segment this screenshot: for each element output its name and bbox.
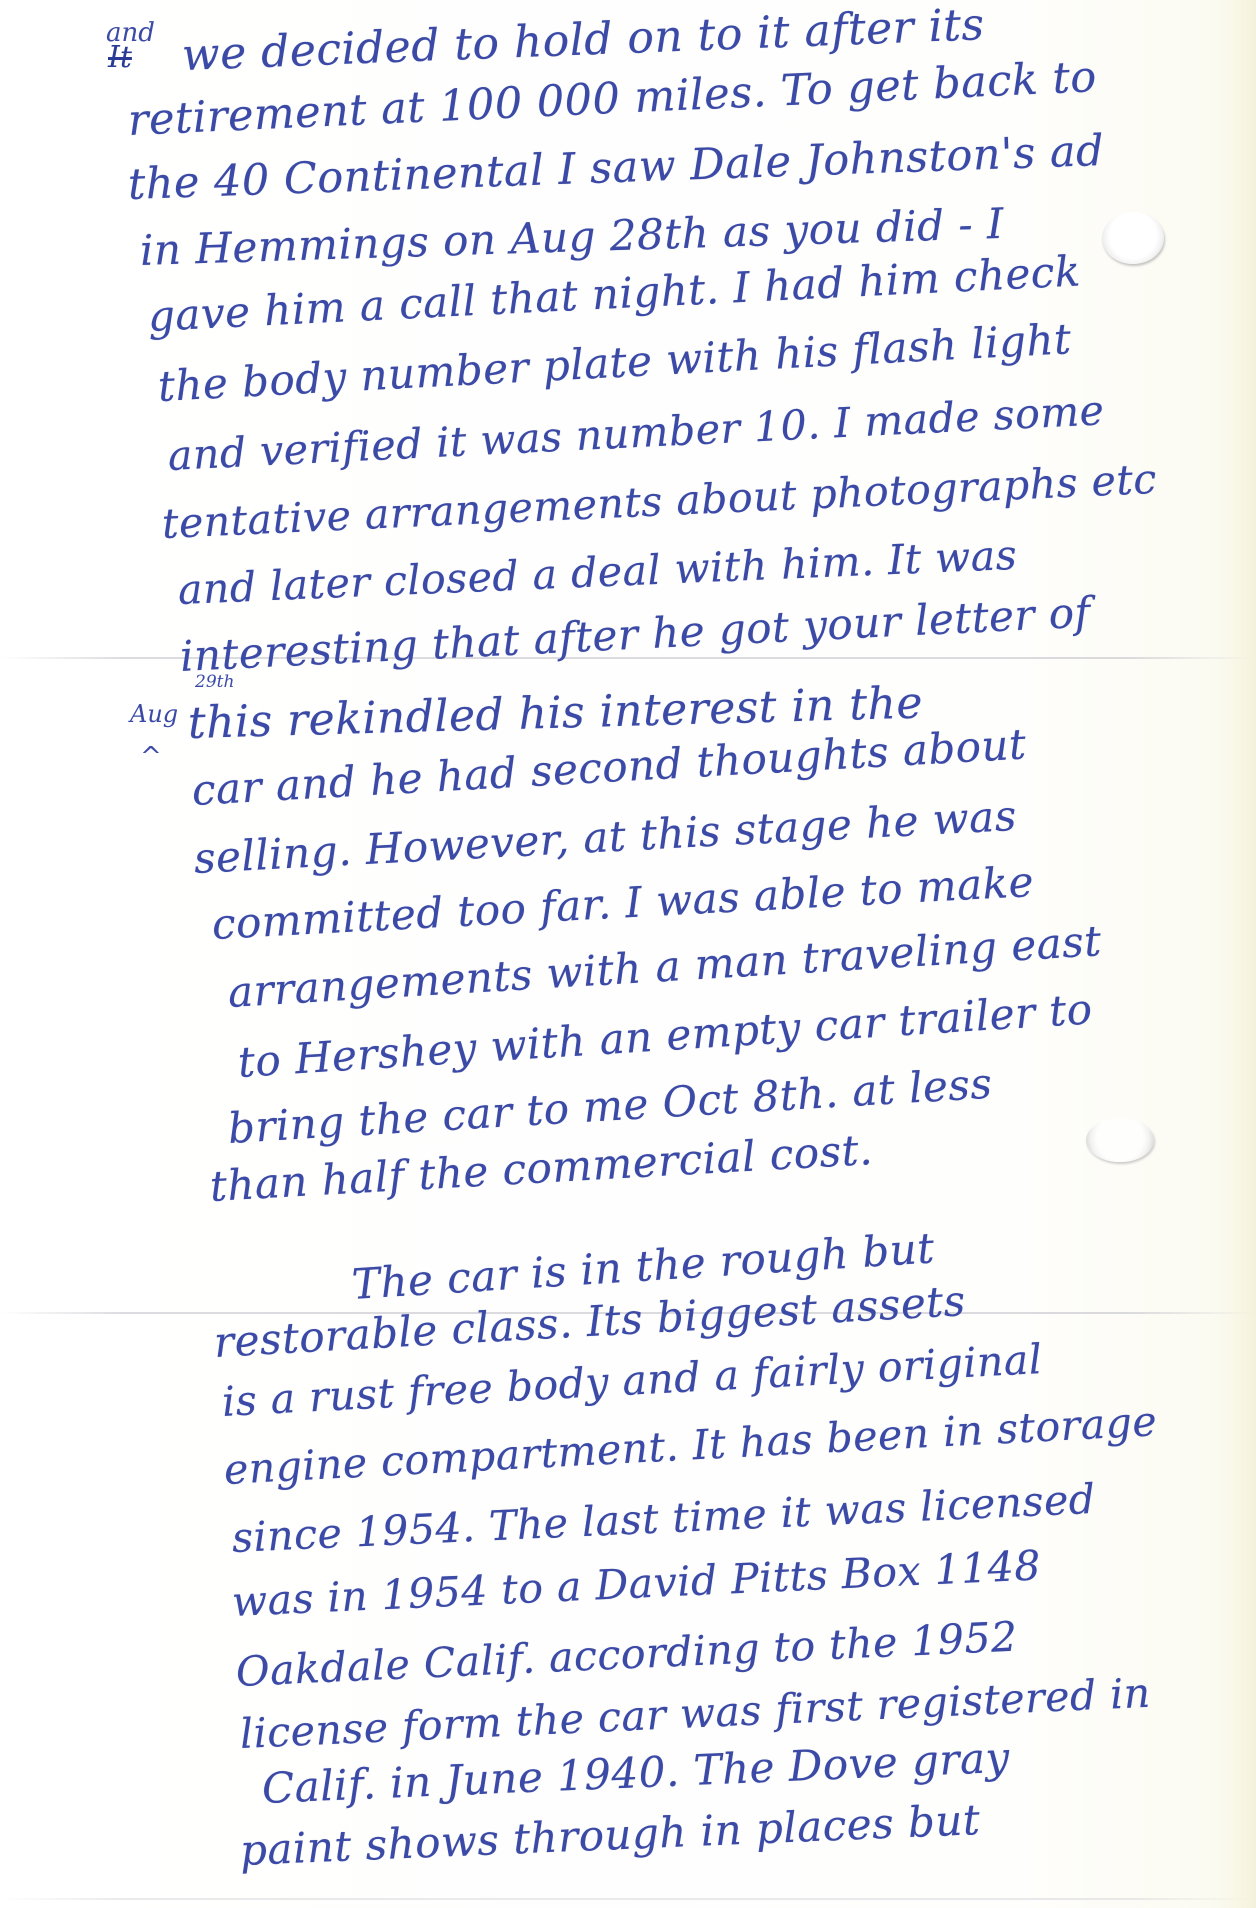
insertion-caret-icon: ^ [140, 742, 162, 772]
letter-page: and It Aug 29th ^ we decided to hold on … [0, 0, 1256, 1908]
hole-punch-mark [1102, 212, 1164, 264]
hole-punch-mark [1086, 1118, 1154, 1162]
margin-insert-aug: Aug [130, 700, 178, 728]
paper-edge-tint [1228, 0, 1256, 1908]
struck-word: It [108, 40, 132, 75]
fold-crease [0, 1898, 1256, 1900]
